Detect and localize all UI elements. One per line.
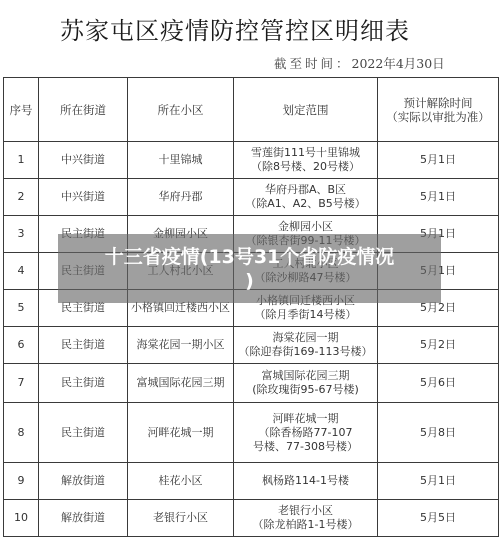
scope-line: 金柳园小区 (236, 220, 375, 234)
cell-release: 5月1日 (378, 463, 499, 500)
cell-scope: 雪莲街111号十里锦城（除8号楼、20号楼） (234, 142, 378, 179)
cell-release: 5月6日 (378, 364, 499, 403)
control-zone-table: 序号 所在街道 所在小区 划定范围 预计解除时间 （实际以审批为准） 1 中兴街… (3, 77, 499, 537)
cell-seq: 8 (4, 403, 39, 463)
header-street: 所在街道 (39, 78, 128, 142)
as-of-label: 截至时间： (274, 56, 352, 71)
cell-release: 5月5日 (378, 500, 499, 537)
document-page: 苏家屯区疫情防控管控区明细表 截至时间：2022年4月30日 序号 所在街道 所… (0, 0, 500, 538)
table-row: 2 中兴街道 华府丹郡 华府丹郡A、B区（除A1、A2、B5号楼） 5月1日 (4, 179, 499, 216)
cell-community: 海棠花园一期小区 (128, 327, 234, 364)
cell-scope: 枫杨路114-1号楼 (234, 463, 378, 500)
cell-seq: 10 (4, 500, 39, 537)
cell-street: 民主街道 (39, 403, 128, 463)
table-row: 7 民主街道 富城国际花园三期 富城国际花园三期(除玫瑰街95-67号楼) 5月… (4, 364, 499, 403)
table-row: 10 解放街道 老银行小区 老银行小区（除龙柏路1-1号楼） 5月5日 (4, 500, 499, 537)
cell-community: 华府丹郡 (128, 179, 234, 216)
cell-community: 老银行小区 (128, 500, 234, 537)
cell-seq: 5 (4, 290, 39, 327)
headline-overlay-banner: 十三省疫情(13号31个省防疫情况 ) (58, 234, 441, 303)
table-row: 8 民主街道 河畔花城一期 河畔花城一期（除香杨路77-107号楼、77-308… (4, 403, 499, 463)
cell-community: 河畔花城一期 (128, 403, 234, 463)
scope-line: （除8号楼、20号楼） (236, 160, 375, 174)
scope-line: （除香杨路77-107 (236, 426, 375, 440)
table-row: 9 解放街道 桂花小区 枫杨路114-1号楼 5月1日 (4, 463, 499, 500)
cell-seq: 2 (4, 179, 39, 216)
scope-line: 老银行小区 (236, 504, 375, 518)
cell-seq: 7 (4, 364, 39, 403)
scope-line: 枫杨路114-1号楼 (236, 474, 375, 488)
table-row: 6 民主街道 海棠花园一期小区 海棠花园一期（除迎春街169-113号楼） 5月… (4, 327, 499, 364)
cell-street: 解放街道 (39, 500, 128, 537)
as-of-date: 截至时间：2022年4月30日 (274, 54, 464, 72)
header-scope: 划定范围 (234, 78, 378, 142)
header-release-time: 预计解除时间 （实际以审批为准） (378, 78, 499, 142)
cell-release: 5月1日 (378, 179, 499, 216)
header-seq: 序号 (4, 78, 39, 142)
scope-line: 号楼、77-308号楼） (236, 440, 375, 454)
cell-street: 民主街道 (39, 327, 128, 364)
cell-scope: 海棠花园一期（除迎春街169-113号楼） (234, 327, 378, 364)
scope-line: 河畔花城一期 (236, 412, 375, 426)
cell-release: 5月1日 (378, 142, 499, 179)
cell-street: 中兴街道 (39, 179, 128, 216)
cell-street: 解放街道 (39, 463, 128, 500)
cell-seq: 1 (4, 142, 39, 179)
scope-line: （除A1、A2、B5号楼） (236, 197, 375, 211)
scope-line: (除玫瑰街95-67号楼) (236, 383, 375, 397)
cell-scope: 老银行小区（除龙柏路1-1号楼） (234, 500, 378, 537)
overlay-headline-line1: 十三省疫情(13号31个省防疫情况 (105, 245, 395, 269)
as-of-value: 2022年4月30日 (352, 56, 445, 71)
scope-line: （除龙柏路1-1号楼） (236, 518, 375, 532)
cell-street: 民主街道 (39, 364, 128, 403)
cell-release: 5月2日 (378, 327, 499, 364)
table-header-row: 序号 所在街道 所在小区 划定范围 预计解除时间 （实际以审批为准） (4, 78, 499, 142)
page-title: 苏家屯区疫情防控管控区明细表 (0, 11, 500, 46)
cell-scope: 富城国际花园三期(除玫瑰街95-67号楼) (234, 364, 378, 403)
scope-line: 富城国际花园三期 (236, 369, 375, 383)
cell-scope: 华府丹郡A、B区（除A1、A2、B5号楼） (234, 179, 378, 216)
cell-community: 富城国际花园三期 (128, 364, 234, 403)
header-community: 所在小区 (128, 78, 234, 142)
header-release-line2: （实际以审批为准） (380, 110, 496, 124)
cell-seq: 9 (4, 463, 39, 500)
cell-community: 十里锦城 (128, 142, 234, 179)
scope-line: 雪莲街111号十里锦城 (236, 146, 375, 160)
cell-seq: 3 (4, 216, 39, 253)
cell-community: 桂花小区 (128, 463, 234, 500)
table-row: 1 中兴街道 十里锦城 雪莲街111号十里锦城（除8号楼、20号楼） 5月1日 (4, 142, 499, 179)
overlay-headline-line2: ) (245, 269, 254, 293)
scope-line: （除迎春街169-113号楼） (236, 345, 375, 359)
scope-line: 海棠花园一期 (236, 331, 375, 345)
cell-scope: 河畔花城一期（除香杨路77-107号楼、77-308号楼） (234, 403, 378, 463)
cell-street: 中兴街道 (39, 142, 128, 179)
scope-line: （除月季街14号楼） (236, 308, 375, 322)
cell-seq: 6 (4, 327, 39, 364)
cell-release: 5月8日 (378, 403, 499, 463)
header-release-line1: 预计解除时间 (380, 96, 496, 110)
scope-line: 华府丹郡A、B区 (236, 183, 375, 197)
cell-seq: 4 (4, 253, 39, 290)
